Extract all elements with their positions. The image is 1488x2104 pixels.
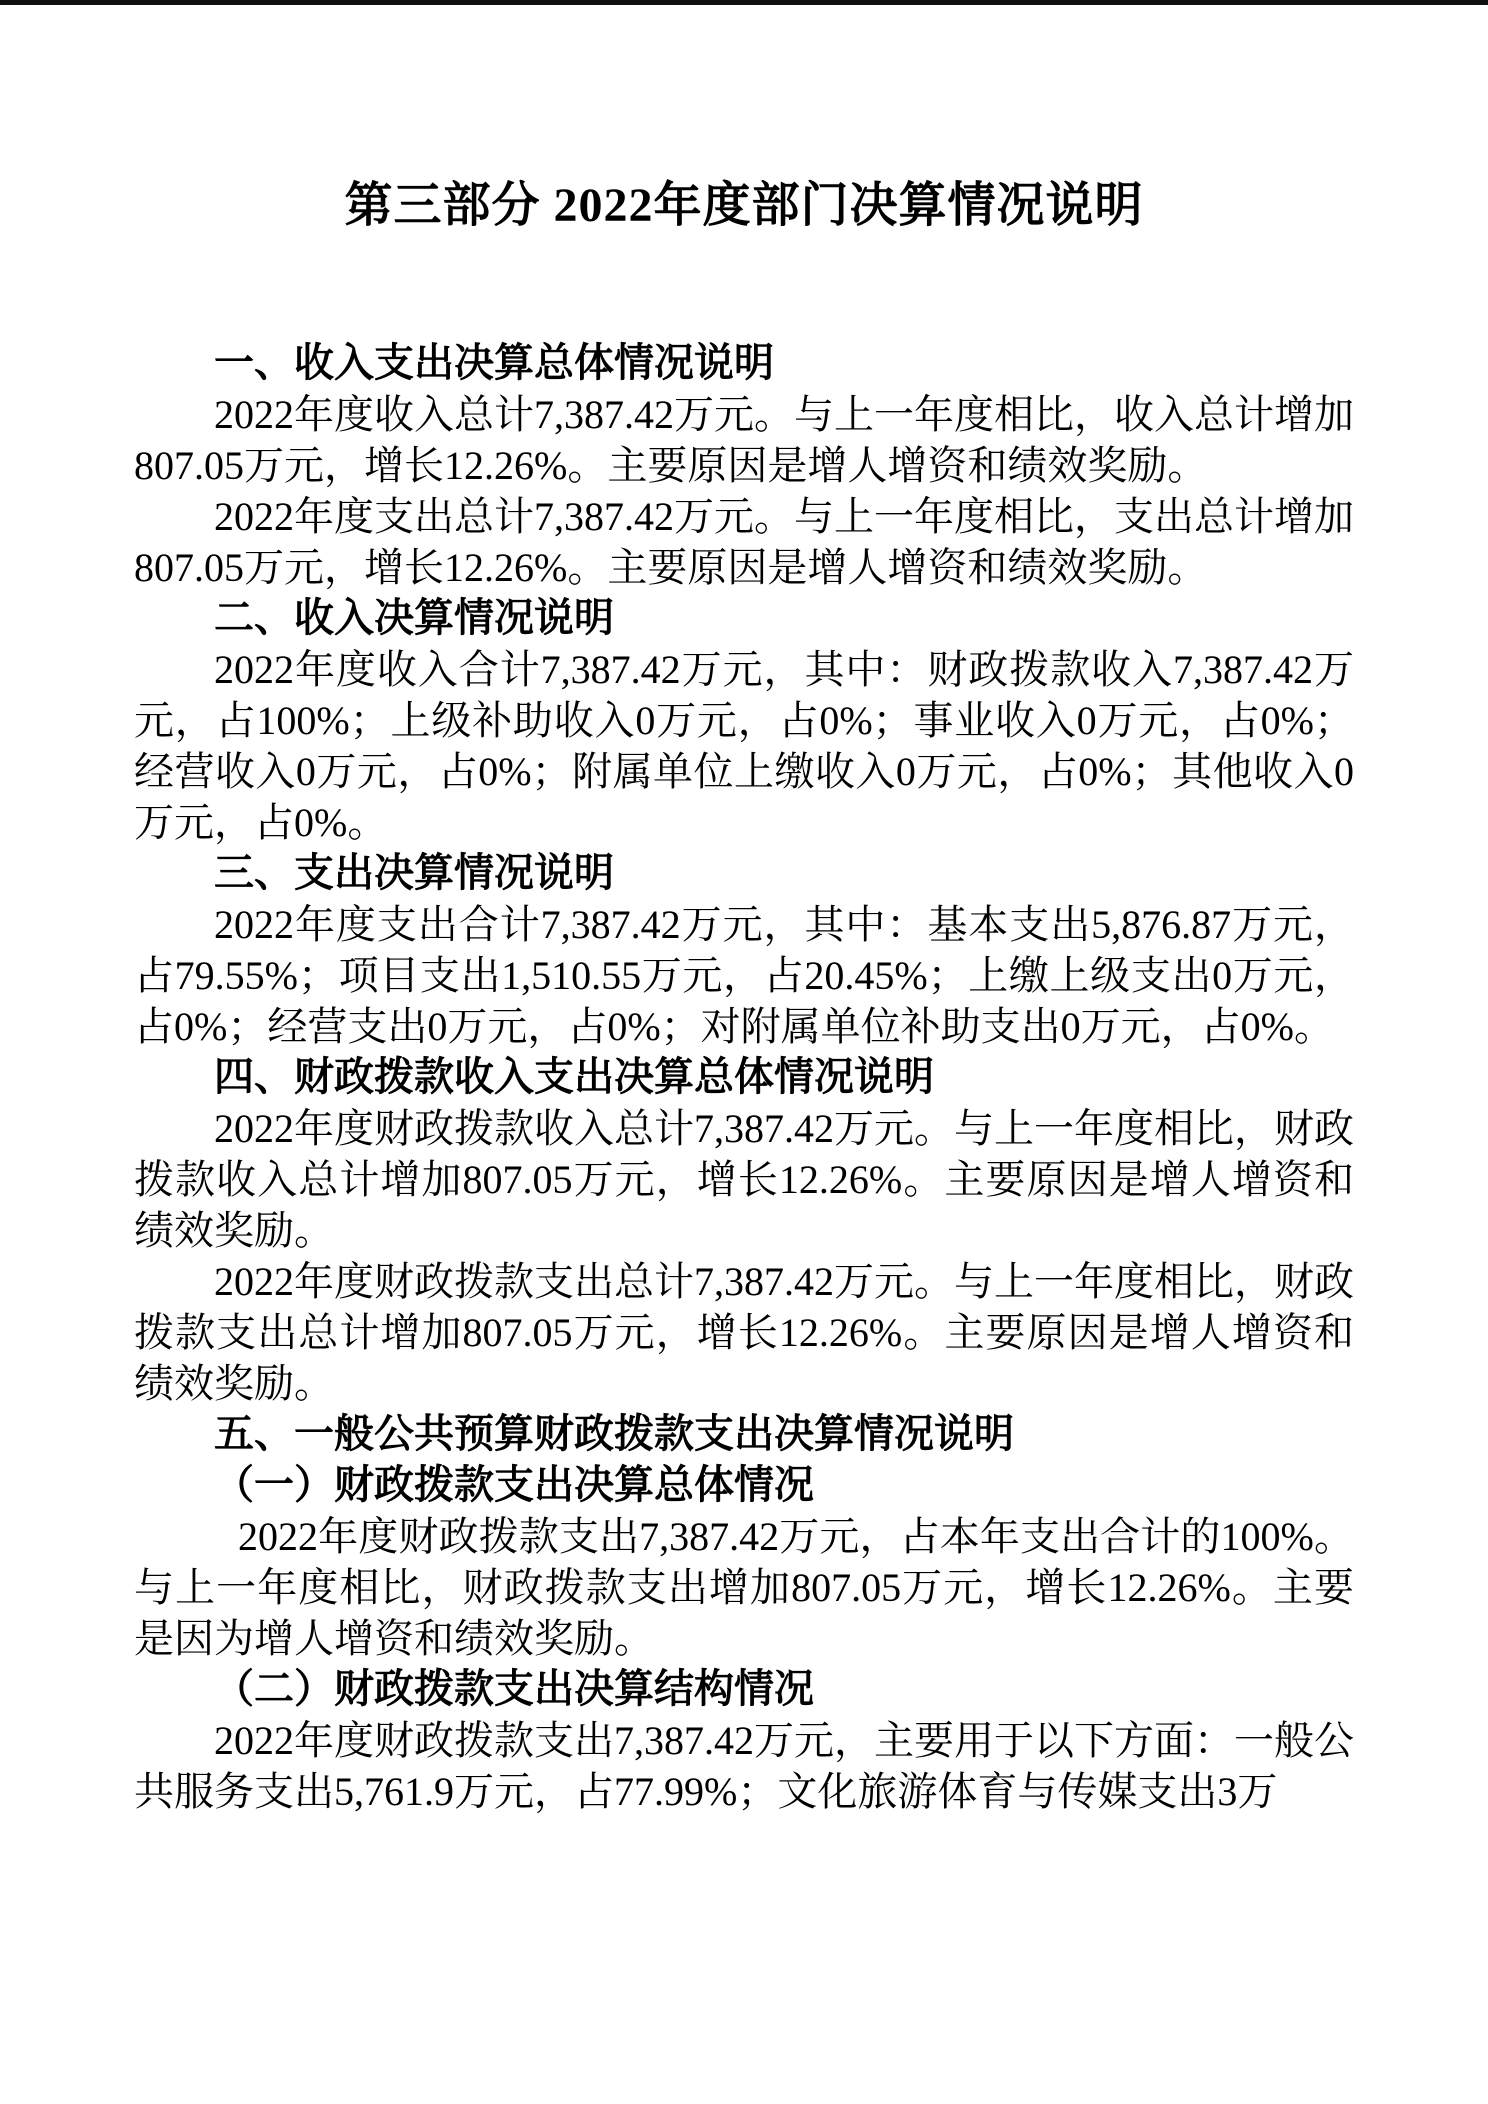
- section-3-heading: 三、支出决算情况说明: [134, 848, 1354, 899]
- section-1-paragraph-2: 2022年度支出总计7,387.42万元。与上一年度相比，支出总计增加807.0…: [134, 491, 1354, 593]
- document-title: 第三部分 2022年度部门决算情况说明: [134, 178, 1354, 234]
- section-4-paragraph-1: 2022年度财政拨款收入总计7,387.42万元。与上一年度相比，财政拨款收入总…: [134, 1103, 1354, 1256]
- section-5-heading: 五、一般公共预算财政拨款支出决算情况说明: [134, 1409, 1354, 1460]
- section-3-paragraph-1: 2022年度支出合计7,387.42万元，其中：基本支出5,876.87万元，占…: [134, 899, 1354, 1052]
- section-5-subsection-1-paragraph-1: 2022年度财政拨款支出7,387.42万元，占本年支出合计的100%。与上一年…: [134, 1511, 1354, 1664]
- document-page: 第三部分 2022年度部门决算情况说明 一、收入支出决算总体情况说明 2022年…: [0, 0, 1488, 2104]
- section-4-heading: 四、财政拨款收入支出决算总体情况说明: [134, 1052, 1354, 1103]
- section-5-subsection-2-heading: （二）财政拨款支出决算结构情况: [134, 1664, 1354, 1715]
- section-1-paragraph-1: 2022年度收入总计7,387.42万元。与上一年度相比，收入总计增加807.0…: [134, 389, 1354, 491]
- section-5-subsection-2-paragraph-1: 2022年度财政拨款支出7,387.42万元，主要用于以下方面：一般公共服务支出…: [134, 1715, 1354, 1817]
- section-4-paragraph-2: 2022年度财政拨款支出总计7,387.42万元。与上一年度相比，财政拨款支出总…: [134, 1256, 1354, 1409]
- section-1-heading: 一、收入支出决算总体情况说明: [134, 338, 1354, 389]
- section-2-paragraph-1: 2022年度收入合计7,387.42万元，其中：财政拨款收入7,387.42万元…: [134, 644, 1354, 848]
- section-5-subsection-1-heading: （一）财政拨款支出决算总体情况: [134, 1460, 1354, 1511]
- section-2-heading: 二、收入决算情况说明: [134, 593, 1354, 644]
- document-content: 第三部分 2022年度部门决算情况说明 一、收入支出决算总体情况说明 2022年…: [0, 0, 1488, 1817]
